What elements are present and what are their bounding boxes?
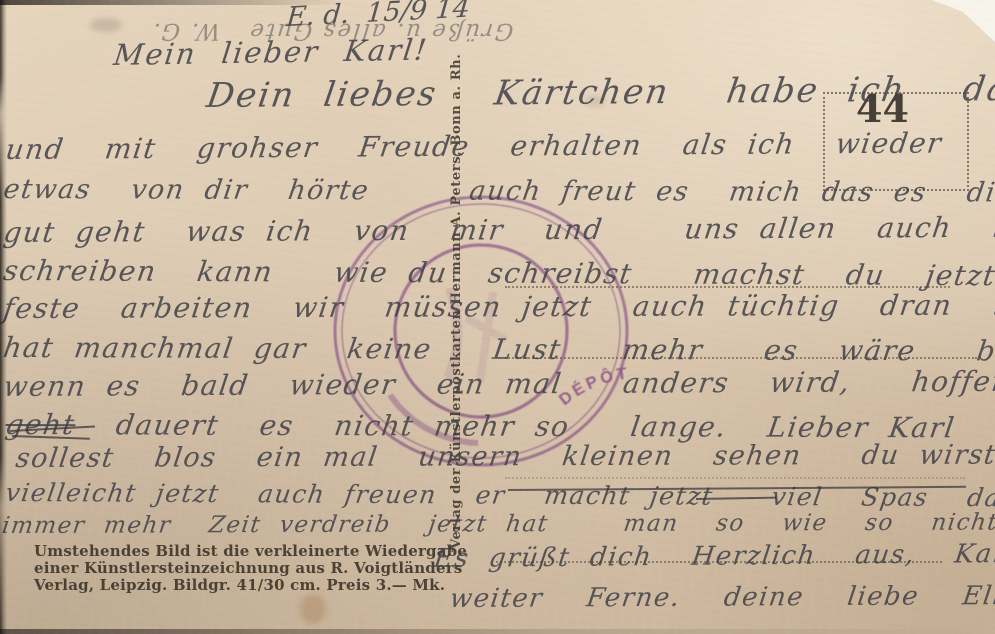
handwritten-line: hat manchmal gar keine Lust mehr es wäre… [1,331,995,368]
handwritten-line: gut geht was ich von mir und uns allen a… [2,210,995,249]
handwritten-salutation: Mein lieber Karl! [112,33,430,73]
imprint-line-3: Verlag, Leipzig. Bildgr. 41/30 cm. Preis… [34,577,445,594]
handwritten-closing-1: Es grüßt dich Herzlich aus, Karlsr [432,539,995,574]
paper-stain [300,594,326,624]
handwritten-line: etwas von dir hörte auch freut es mich d… [2,174,995,209]
handwritten-line: vielleicht jetzt auch freuen er macht je… [4,478,995,513]
paper-stain [90,18,122,32]
handwritten-line: wenn es bald wieder ein mal anders wird,… [2,364,995,403]
imprint-line-2: einer Künstlersteinzeichnung aus R. Voig… [34,560,463,577]
scan-corner-white [923,0,995,42]
handwritten-line: und mit grohser Freude erhalten als ich … [4,126,945,166]
address-dotted-line-3 [505,477,965,479]
postcard: DÉPÔT DE PRISONNIERS DE GUERRE ★ ÉTAMPES… [0,0,995,634]
imprint-line-1: Umstehendes Bild ist die verkleinerte Wi… [34,543,467,560]
handwritten-opening: Dein liebes Kärtchen habe ich dankend [204,68,995,116]
handwritten-line: schreiben kann wie du schreibst machst d… [1,254,995,293]
handwritten-line: sollest blos ein mal unsern kleinen sehe… [14,439,995,474]
photo-edge-top [0,0,400,5]
handwritten-line-with-strike: geht dauert es nicht mehr so lange. Lieb… [3,408,995,445]
photo-edge-bottom [0,629,995,634]
handwritten-line: immer mehr Zeit verdreib jetzt hat man s… [0,509,995,539]
photo-edge-left [0,0,7,634]
handwritten-closing-2: weiter Ferne. deine liebe Ella [448,581,995,614]
handwritten-line: feste arbeiten wir müssen jetzt auch tüc… [1,288,995,325]
